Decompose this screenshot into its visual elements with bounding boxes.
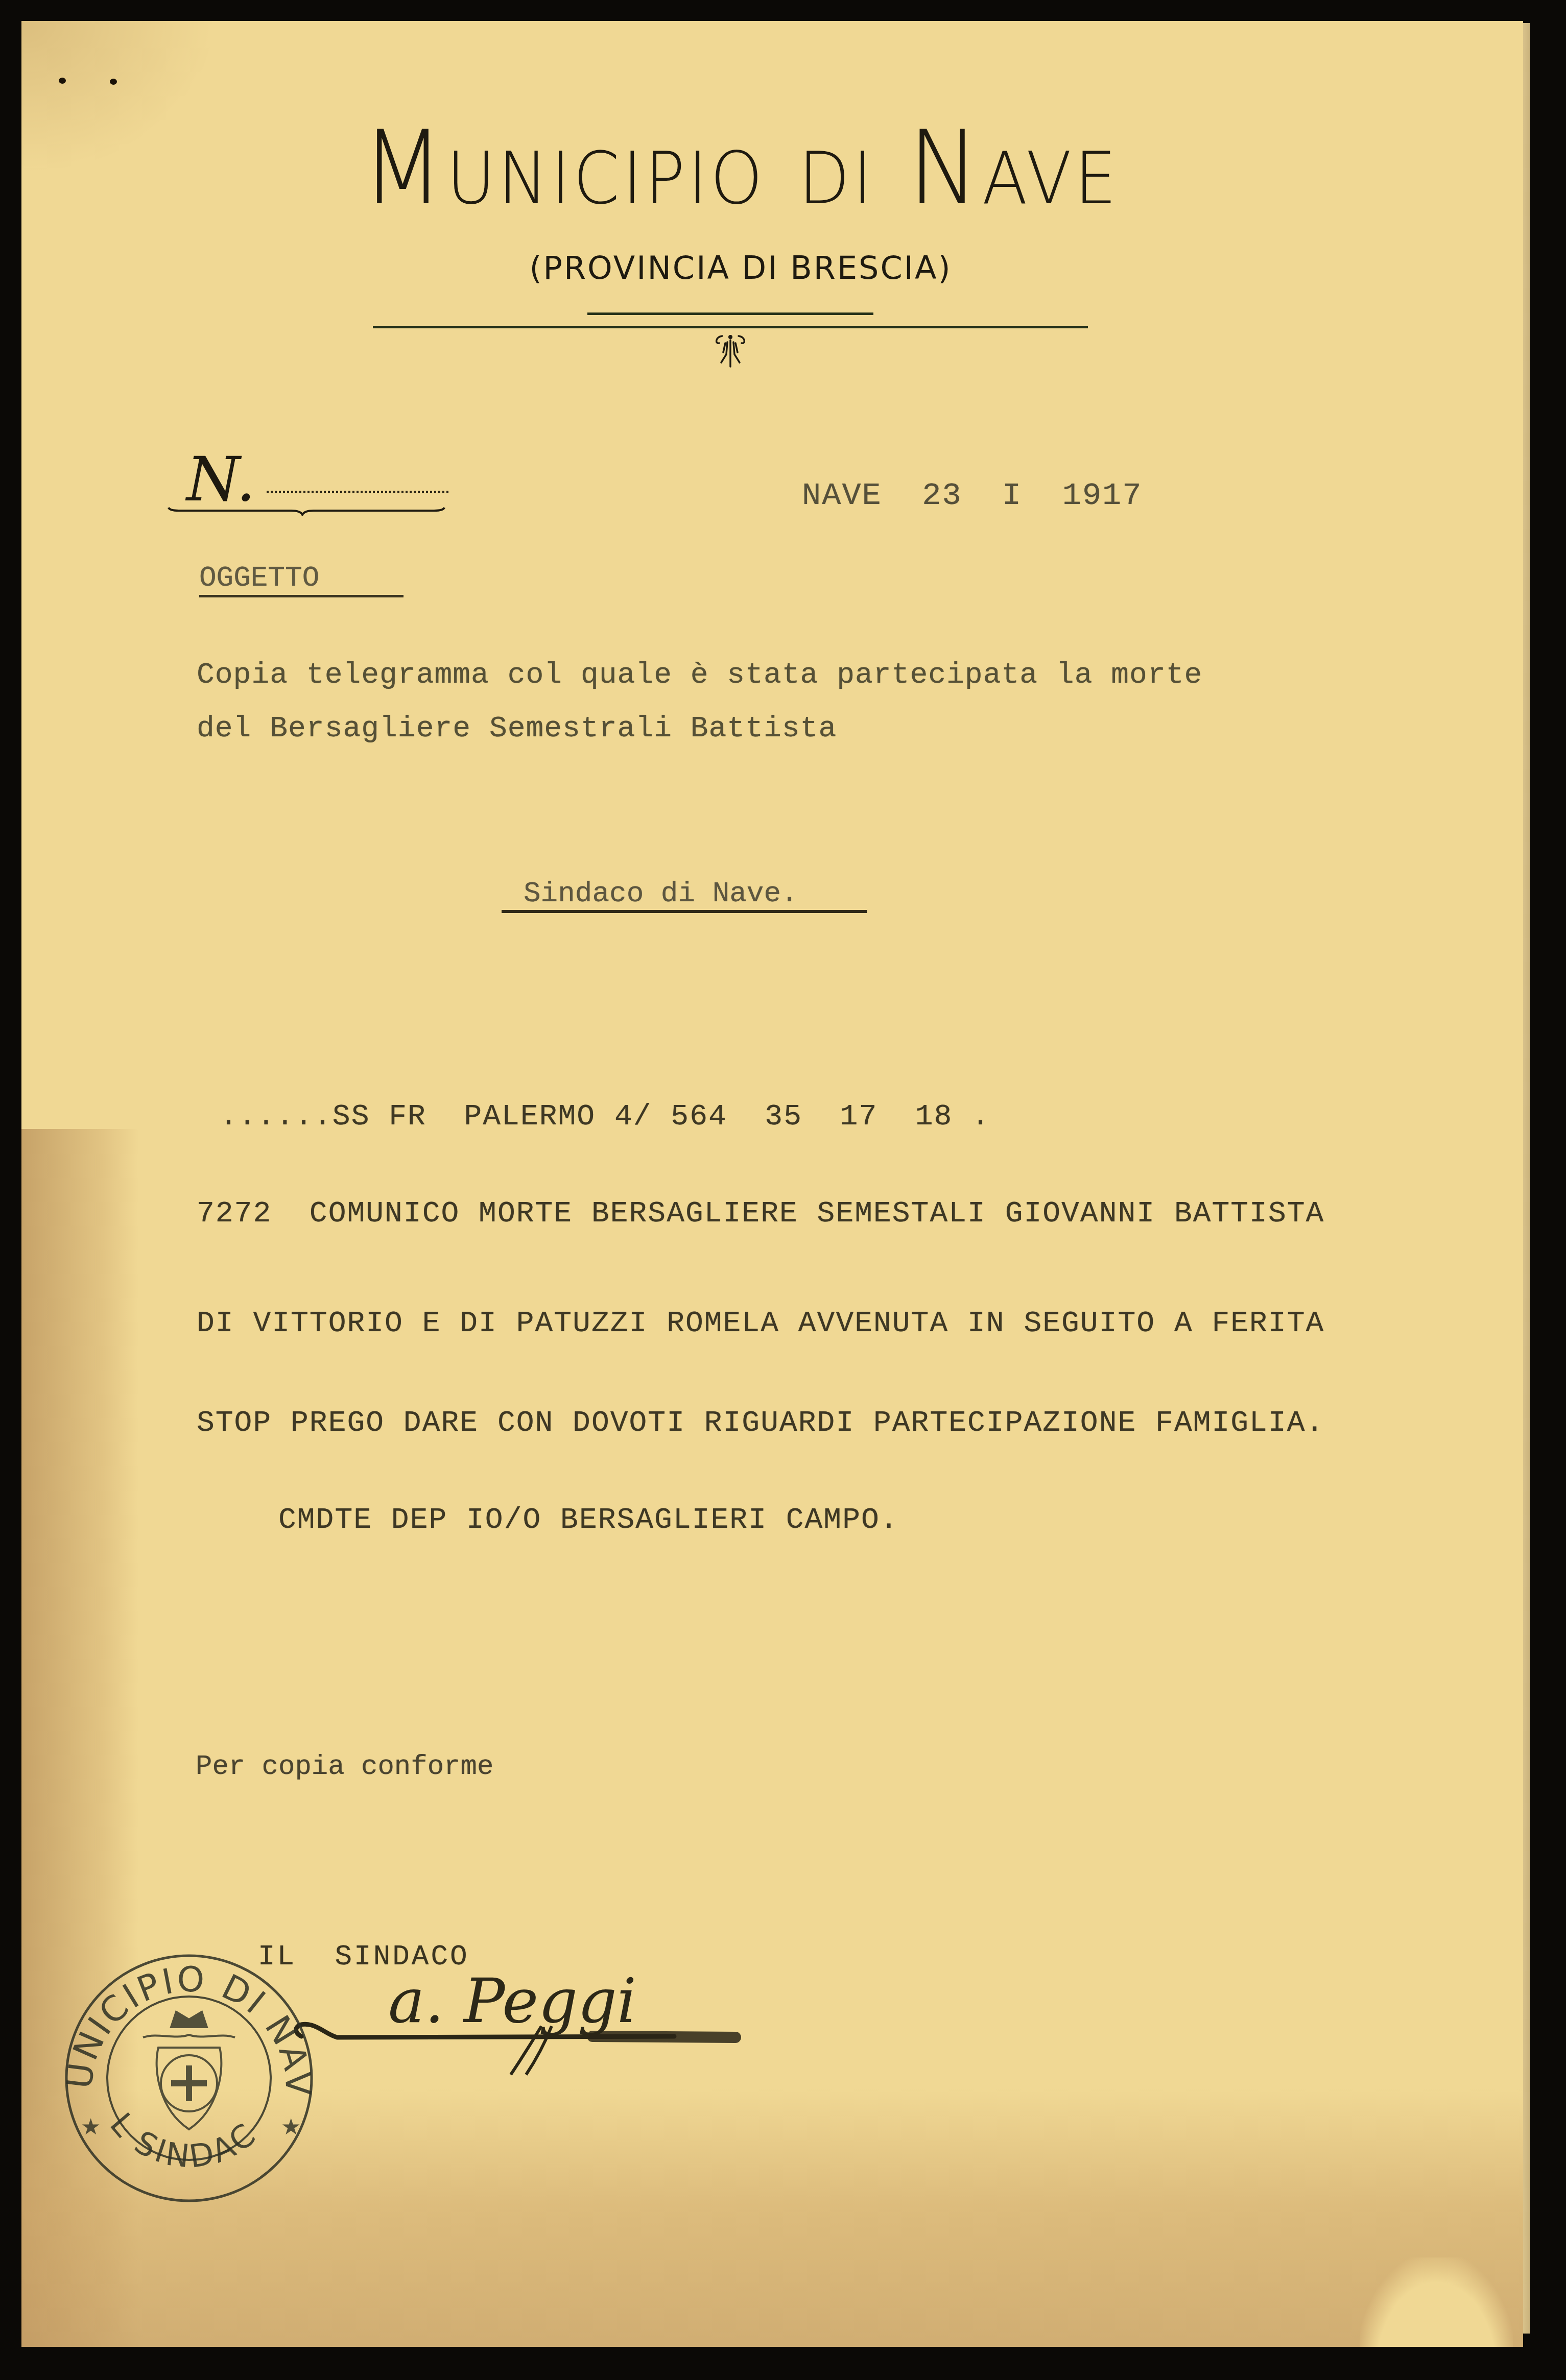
ornament-icon [712,333,749,370]
brace-underline [163,506,449,516]
paper-edge [1523,23,1530,2334]
letterhead-subtitle: (PROVINCIA DI BRESCIA) [153,249,1328,286]
addressee-underline [502,910,867,913]
number-label: N. [186,449,255,511]
star-icon: ★ [281,2114,301,2139]
star-icon: ★ [81,2114,101,2139]
age-stain [21,21,216,174]
letterhead-title: Municipio di Nave [213,117,1268,220]
coat-of-arms-icon [143,2012,235,2129]
telegram-sender: CMDTE DEP IO/O BERSAGLIERI CAMPO. [278,1504,899,1537]
telegram-line: STOP PREGO DARE CON DOVOTI RIGUARDI PART… [197,1407,1324,1440]
document-date: NAVE 23 I 1917 [802,477,1143,514]
municipal-stamp: MUNICIPIO DI NAVE IL SINDACO ★ ★ [56,1945,322,2211]
telegram-header: ......SS FR PALERMO 4/ 564 35 17 18 . [220,1100,990,1134]
addressee: Sindaco di Nave. [524,877,798,910]
punch-hole [110,79,117,85]
divider [373,326,1088,328]
subject-label: OGGETTO [199,562,319,594]
punch-hole [59,78,66,84]
subject-underline [199,595,404,597]
subject-line: del Bersagliere Semestrali Battista [197,712,837,746]
closing-note: Per copia conforme [196,1751,493,1783]
subject-line: Copia telegramma col quale è stata parte… [197,659,1202,692]
signature-flourish [286,2006,746,2077]
number-field [266,490,449,493]
telegram-line: 7272 COMUNICO MORTE BERSAGLIERE SEMESTAL… [197,1197,1324,1231]
telegram-line: DI VITTORIO E DI PATUZZI ROMELA AVVENUTA… [197,1307,1324,1340]
divider [587,312,873,315]
